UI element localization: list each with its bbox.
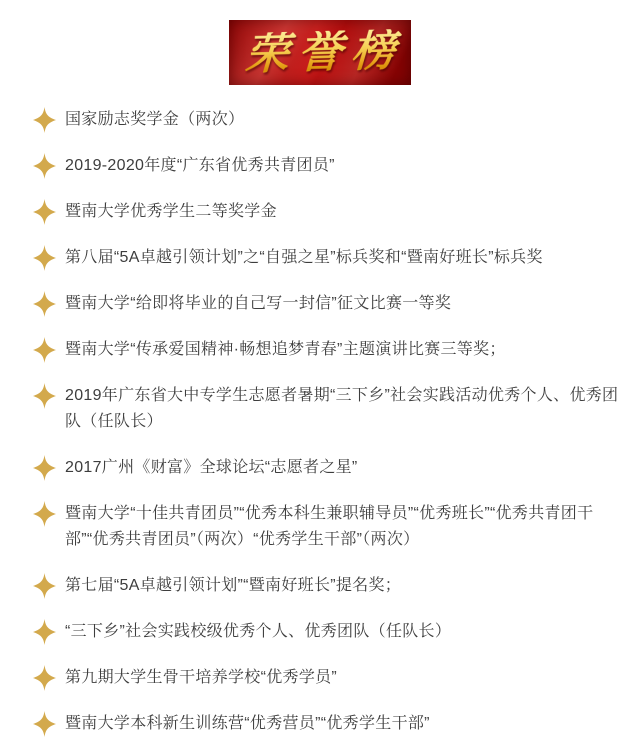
- banner-wrap: 荣誉榜: [0, 0, 639, 85]
- award-text: 第八届“5A卓越引领计划”之“自强之星”标兵奖和“暨南好班长”标兵奖: [65, 245, 543, 271]
- award-text: 第七届“5A卓越引领计划”“暨南好班长”提名奖；: [65, 573, 401, 599]
- award-text: 暨南大学本科新生训练营“优秀营员”“优秀学生干部”: [65, 711, 430, 737]
- award-text: 2017广州《财富》全球论坛“志愿者之星”: [65, 455, 358, 481]
- award-text: 暨南大学“十佳共青团员”“优秀本科生兼职辅导员”“优秀班长”“优秀共青团干部”“…: [65, 501, 621, 553]
- four-pointed-star-icon: [33, 455, 56, 481]
- award-list-item: 2017广州《财富》全球论坛“志愿者之星”: [33, 455, 621, 481]
- four-pointed-star-icon: [33, 501, 56, 527]
- award-list-item: 暨南大学“十佳共青团员”“优秀本科生兼职辅导员”“优秀班长”“优秀共青团干部”“…: [33, 501, 621, 553]
- four-pointed-star-icon: [33, 107, 56, 133]
- four-pointed-star-icon: [33, 199, 56, 225]
- award-text: 国家励志奖学金（两次）: [65, 107, 244, 133]
- four-pointed-star-icon: [33, 619, 56, 645]
- four-pointed-star-icon: [33, 711, 56, 737]
- banner-title: 荣誉榜: [234, 28, 404, 76]
- four-pointed-star-icon: [33, 665, 56, 691]
- award-text: “三下乡”社会实践校级优秀个人、优秀团队（任队长）: [65, 619, 451, 645]
- four-pointed-star-icon: [33, 291, 56, 317]
- award-list-item: 2019-2020年度“广东省优秀共青团员”: [33, 153, 621, 179]
- award-list-item: 国家励志奖学金（两次）: [33, 107, 621, 133]
- award-text: 第九期大学生骨干培养学校“优秀学员”: [65, 665, 337, 691]
- award-list-item: 暨南大学“传承爱国精神·畅想追梦青春”主题演讲比赛三等奖；: [33, 337, 621, 363]
- awards-list: 国家励志奖学金（两次） 2019-2020年度“广东省优秀共青团员” 暨南大学优…: [0, 107, 639, 737]
- four-pointed-star-icon: [33, 153, 56, 179]
- award-list-item: 暨南大学本科新生训练营“优秀营员”“优秀学生干部”: [33, 711, 621, 737]
- award-text: 2019年广东省大中专学生志愿者暑期“三下乡”社会实践活动优秀个人、优秀团队（任…: [65, 383, 621, 435]
- award-text: 2019-2020年度“广东省优秀共青团员”: [65, 153, 335, 179]
- award-text: 暨南大学“给即将毕业的自己写一封信”征文比赛一等奖: [65, 291, 451, 317]
- award-list-item: 第九期大学生骨干培养学校“优秀学员”: [33, 665, 621, 691]
- award-list-item: “三下乡”社会实践校级优秀个人、优秀团队（任队长）: [33, 619, 621, 645]
- award-list-item: 2019年广东省大中专学生志愿者暑期“三下乡”社会实践活动优秀个人、优秀团队（任…: [33, 383, 621, 435]
- award-list-item: 第八届“5A卓越引领计划”之“自强之星”标兵奖和“暨南好班长”标兵奖: [33, 245, 621, 271]
- four-pointed-star-icon: [33, 337, 56, 363]
- award-text: 暨南大学“传承爱国精神·畅想追梦青春”主题演讲比赛三等奖；: [65, 337, 506, 363]
- award-list-item: 暨南大学优秀学生二等奖学金: [33, 199, 621, 225]
- four-pointed-star-icon: [33, 573, 56, 599]
- award-text: 暨南大学优秀学生二等奖学金: [65, 199, 277, 225]
- award-list-item: 暨南大学“给即将毕业的自己写一封信”征文比赛一等奖: [33, 291, 621, 317]
- award-list-item: 第七届“5A卓越引领计划”“暨南好班长”提名奖；: [33, 573, 621, 599]
- four-pointed-star-icon: [33, 245, 56, 271]
- honor-roll-banner: 荣誉榜: [229, 20, 411, 85]
- four-pointed-star-icon: [33, 383, 56, 409]
